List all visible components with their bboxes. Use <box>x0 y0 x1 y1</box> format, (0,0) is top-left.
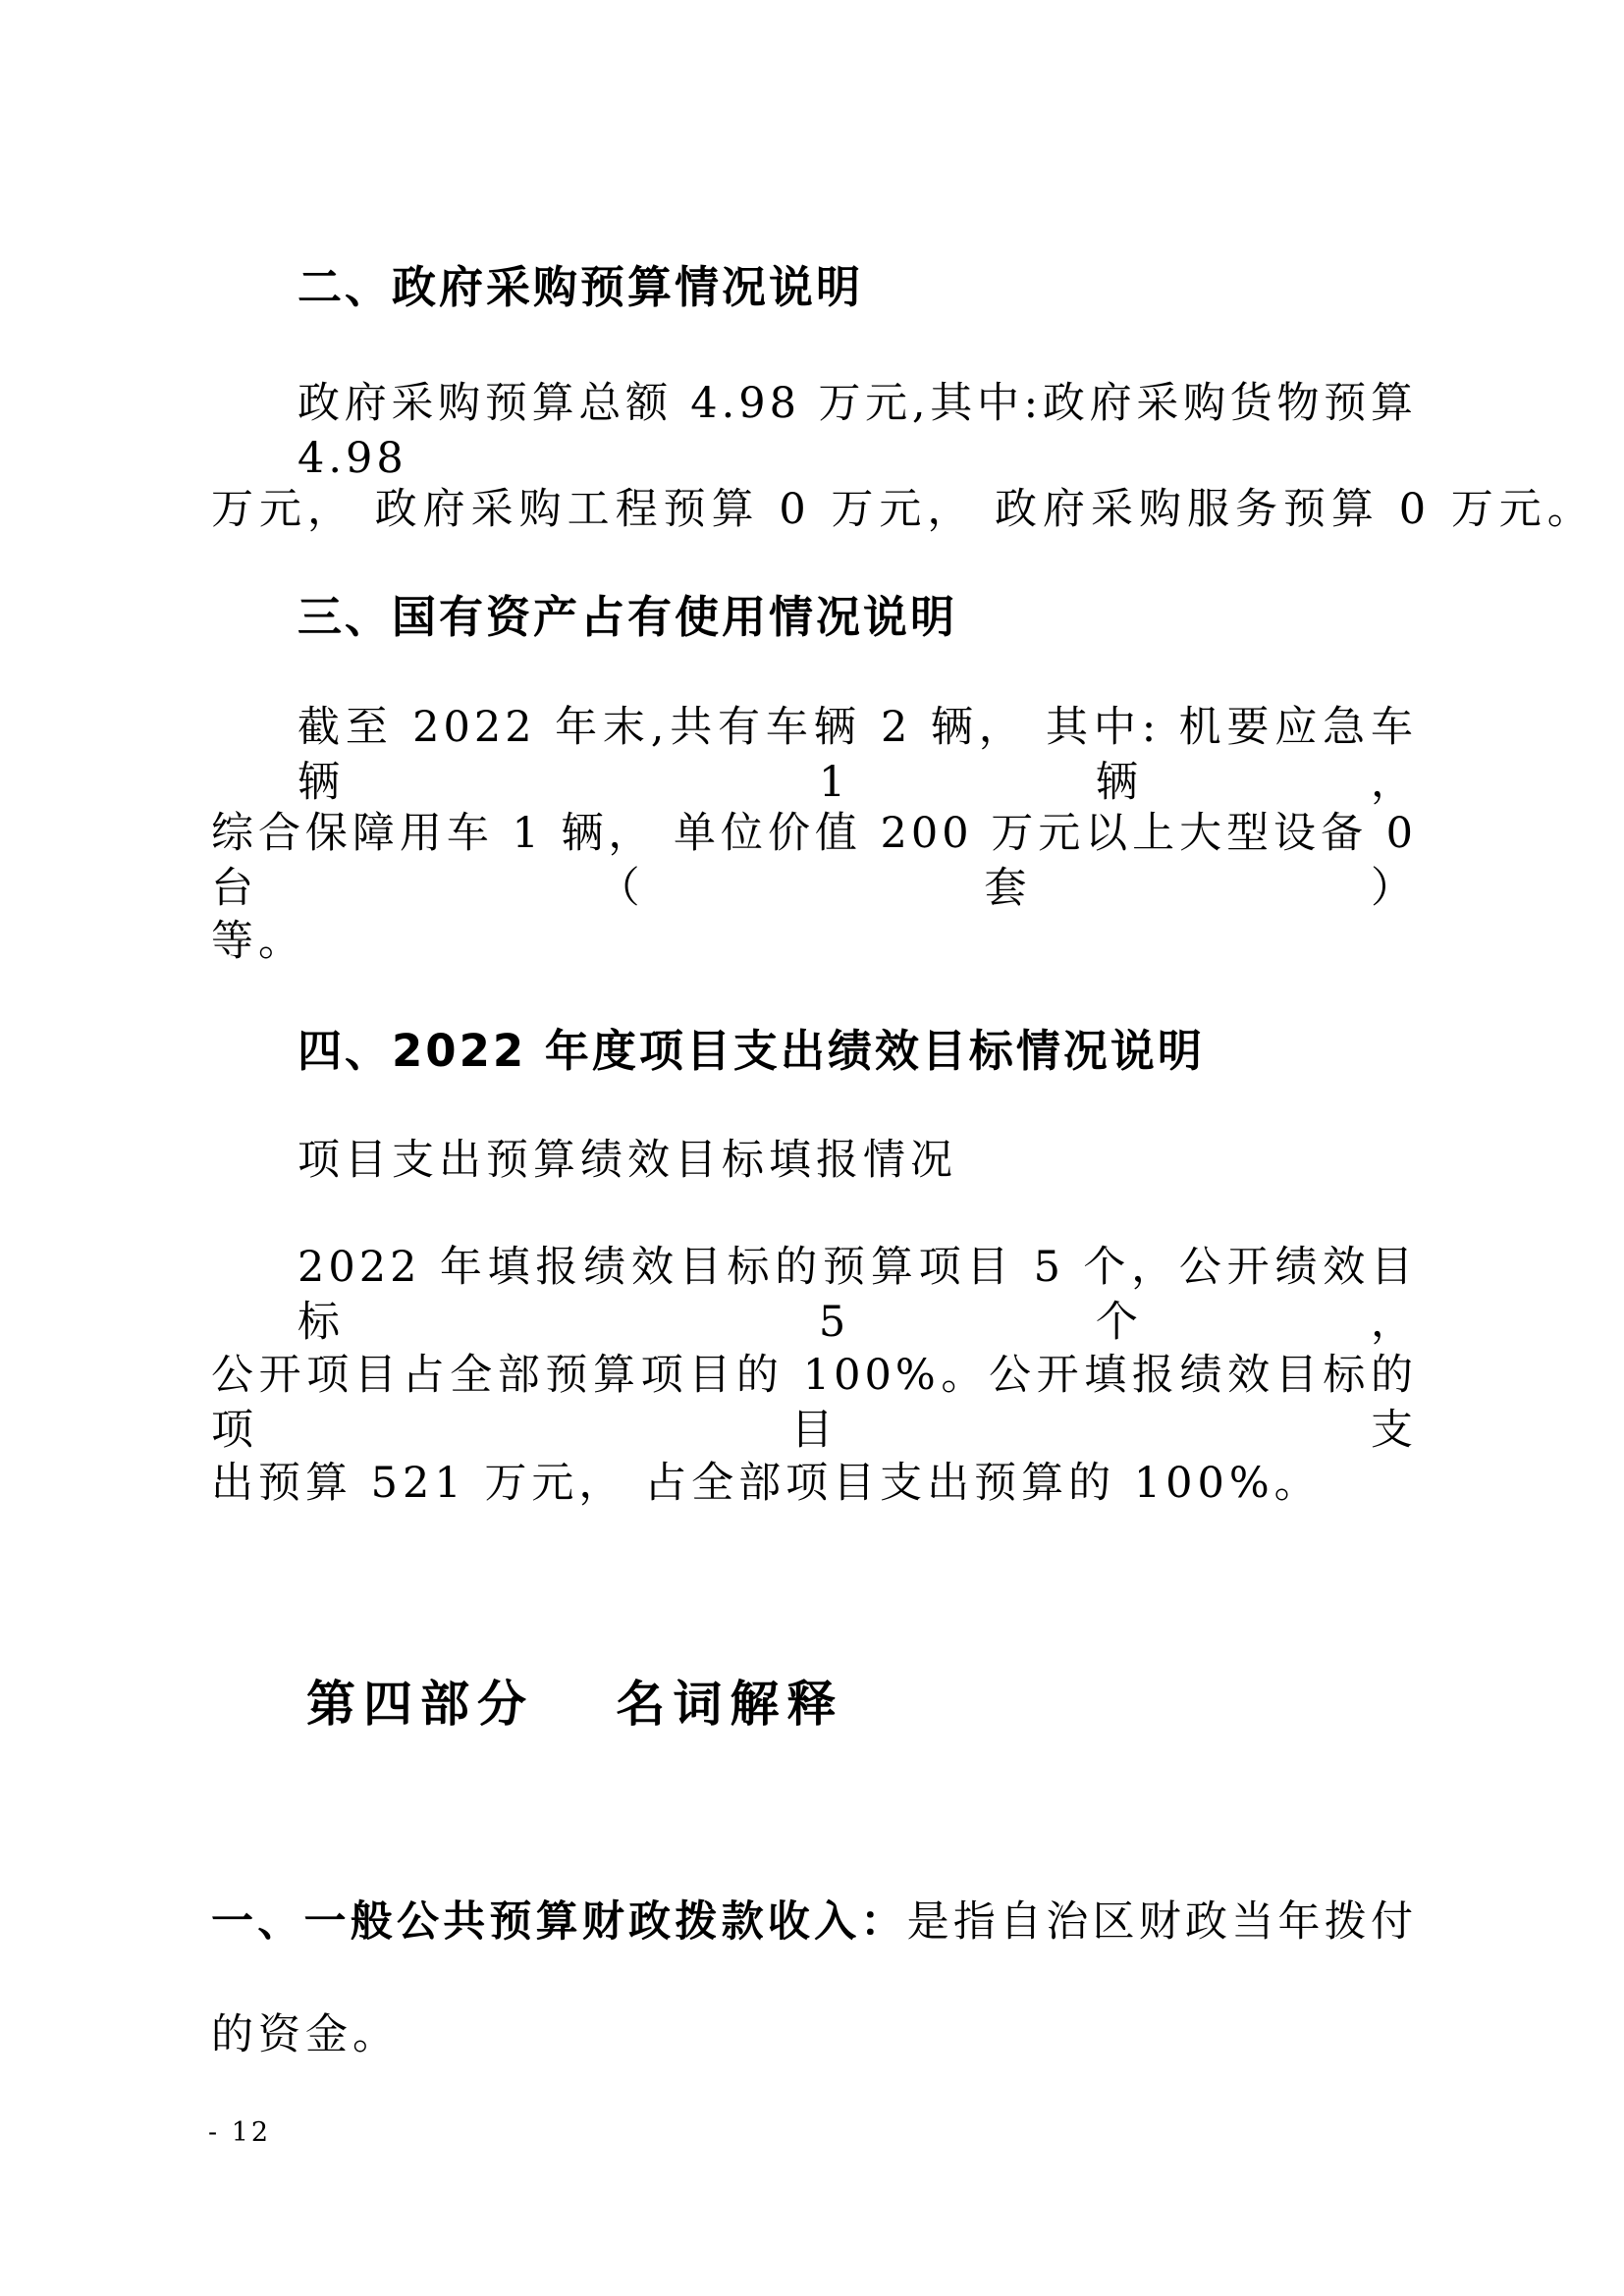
section-heading-state-assets: 三、国有资产占有使用情况说明 <box>211 590 957 645</box>
page-number: - 12 <box>208 2116 271 2150</box>
term1-line-1: 一、一般公共预算财政拨款收入：是指自治区财政当年拨付 <box>211 1895 1417 1949</box>
performance-paragraph-line-4: 出预算 521 万元， 占全部项目支出预算的 100%。 <box>211 1456 1417 1511</box>
performance-paragraph-line-3: 公开项目占全部预算项目的 100%。公开填报绩效目标的项目支 <box>211 1348 1417 1458</box>
procurement-paragraph-line-2: 万元， 政府采购工程预算 0 万元， 政府采购服务预算 0 万元。 <box>211 482 1417 537</box>
procurement-paragraph-line-1: 政府采购预算总额 4.98 万元,其中:政府采购货物预算 4.98 <box>211 376 1417 486</box>
performance-paragraph-line-1: 项目支出预算绩效目标填报情况 <box>211 1133 957 1188</box>
section-heading-performance-targets: 四、2022 年度项目支出绩效目标情况说明 <box>211 1024 1205 1079</box>
section-heading-procurement: 二、政府采购预算情况说明 <box>211 260 863 315</box>
performance-paragraph-line-2: 2022 年填报绩效目标的预算项目 5 个，公开绩效目标 5 个， <box>211 1240 1417 1350</box>
term1-label: 一、一般公共预算财政拨款收入： <box>211 1897 907 1947</box>
part4-title: 第四部分 名词解释 <box>306 1672 843 1736</box>
assets-paragraph-line-1: 截至 2022 年末,共有车辆 2 辆， 其中: 机要应急车辆 1 辆， <box>211 700 1417 810</box>
assets-paragraph-line-2: 综合保障用车 1 辆， 单位价值 200 万元以上大型设备 0 台（套） <box>211 806 1417 916</box>
assets-paragraph-line-3: 等。 <box>211 914 1417 969</box>
term1-line-2: 的资金。 <box>211 2007 1417 2062</box>
document-page: 二、政府采购预算情况说明 政府采购预算总额 4.98 万元,其中:政府采购货物预… <box>0 0 1624 2296</box>
term1-definition-start: 是指自治区财政当年拨付 <box>907 1897 1417 1947</box>
